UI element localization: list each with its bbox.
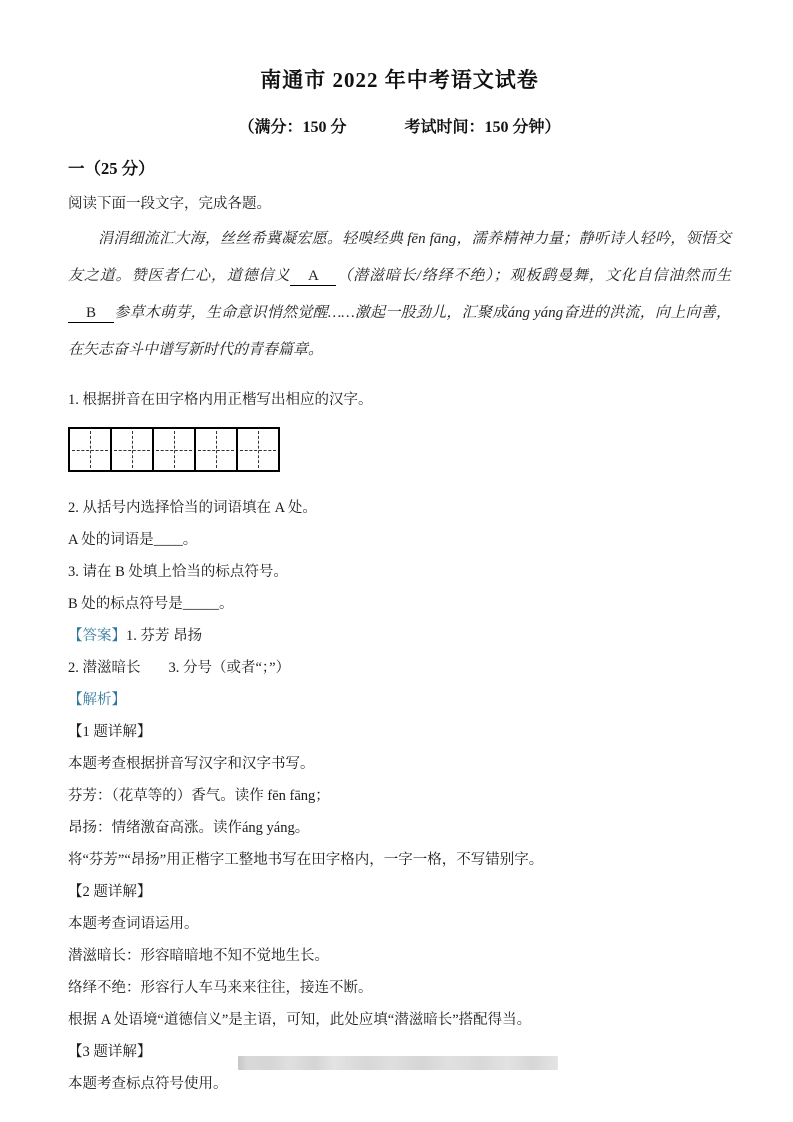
answer-item-2: 2. 潜滋暗长 — [68, 660, 141, 676]
exam-time-info: 考试时间：150 分钟） — [405, 119, 561, 136]
question-2: 2. 从括号内选择恰当的词语填在 A 处。 — [68, 492, 731, 524]
answer-item-3: 3. 分号（或者“；”） — [169, 660, 291, 676]
doc-subtitle: （满分：150 分考试时间：150 分钟） — [68, 114, 731, 137]
question-1: 1. 根据拼音在田字格内用正楷写出相应的汉字。 — [68, 384, 731, 416]
analysis-label: 【解析】 — [68, 692, 126, 708]
blank-b: B — [68, 304, 114, 323]
explanation-paragraph: 络绎不绝：形容行人车马来来往往，接连不断。 — [68, 972, 731, 1004]
answer-item-1: 1. 芬芳 昂扬 — [126, 628, 202, 644]
analysis-row: 【解析】 — [68, 684, 731, 716]
exam-score-info: （满分：150 分 — [238, 119, 346, 136]
doc-title: 南通市 2022 年中考语文试卷 — [68, 64, 731, 94]
section-heading: 一（25 分） — [68, 155, 731, 179]
explanation-paragraph: 芬芳：（花草等的）香气。读作 fēn fāng； — [68, 780, 731, 812]
blank-a: A — [290, 267, 336, 286]
blank-a-label: A — [308, 268, 319, 284]
explanation-paragraph: 潜滋暗长：形容暗暗地不知不觉地生长。 — [68, 940, 731, 972]
explanation-paragraph: 本题考查词语运用。 — [68, 908, 731, 940]
explanation-heading-2: 【2 题详解】 — [68, 876, 731, 908]
answer-row-2: 2. 潜滋暗长3. 分号（或者“；”） — [68, 652, 731, 684]
passage-seg3: 参草木萌芽，生命意识悄然觉醒……激起一股劲儿，汇聚成áng yáng奋进的洪流，… — [68, 305, 731, 358]
answer-row-1: 【答案】1. 芬芳 昂扬 — [68, 620, 731, 652]
exam-paper-page: 南通市 2022 年中考语文试卷 （满分：150 分考试时间：150 分钟） 一… — [0, 0, 793, 1122]
explanation-paragraph: 将“芬芳”“昂扬”用正楷字工整地书写在田字格内，一字一格，不写错别字。 — [68, 844, 731, 876]
passage-paragraph: 涓涓细流汇大海，丝丝希冀凝宏愿。轻嗅经典 fēn fāng，濡养精神力量；静听诗… — [68, 221, 731, 369]
grid-cell — [196, 429, 238, 470]
explanation-paragraph: 本题考查根据拼音写汉字和汉字书写。 — [68, 748, 731, 780]
grid-cell — [112, 429, 154, 470]
answer-line-b: B 处的标点符号是_____。 — [68, 588, 731, 620]
question-3: 3. 请在 B 处填上恰当的标点符号。 — [68, 556, 731, 588]
answer-line-a: A 处的词语是____。 — [68, 524, 731, 556]
writing-grid — [68, 427, 280, 472]
answer-label: 【答案】 — [68, 628, 126, 644]
grid-cell — [70, 429, 112, 470]
grid-cell — [154, 429, 196, 470]
watermark-smudge — [238, 1056, 558, 1070]
explanation-paragraph: 昂扬：情绪激奋高涨。读作áng yáng。 — [68, 812, 731, 844]
blank-b-label: B — [86, 305, 96, 321]
passage-seg2: （潜滋暗长/络绎不绝）；观板鹞曼舞，文化自信油然而生 — [336, 268, 731, 284]
grid-cell — [238, 429, 278, 470]
intro-line: 阅读下面一段文字，完成各题。 — [68, 192, 731, 213]
explanation-heading-1: 【1 题详解】 — [68, 716, 731, 748]
explanation-paragraph: 本题考查标点符号使用。 — [68, 1068, 731, 1100]
page-content: 南通市 2022 年中考语文试卷 （满分：150 分考试时间：150 分钟） 一… — [68, 0, 731, 1100]
explanation-paragraph: 根据 A 处语境“道德信义”是主语，可知，此处应填“潜滋暗长”搭配得当。 — [68, 1004, 731, 1036]
